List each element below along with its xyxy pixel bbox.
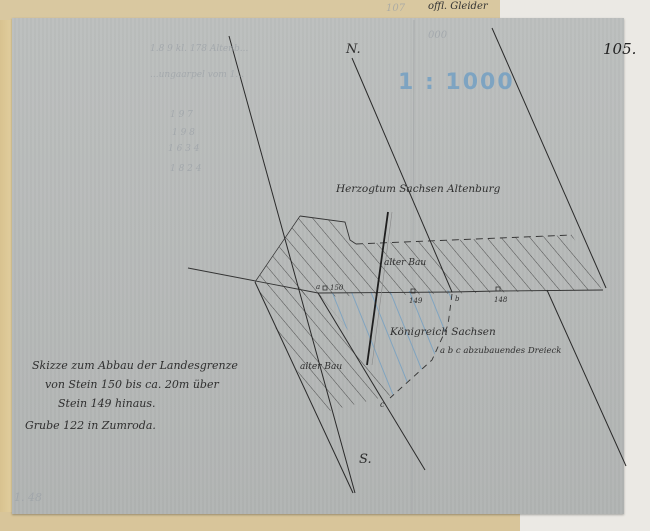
stone-149-label: 149	[409, 297, 422, 305]
scale-label: 1 : 1000	[398, 70, 515, 95]
survey-sketch-drawing	[0, 0, 650, 531]
pencil-note-3: 1 9 7	[170, 110, 193, 120]
old-workings-label-north: alter Bau	[384, 258, 426, 268]
south-label: S.	[359, 452, 372, 467]
old-workings-north	[255, 216, 602, 297]
scale-stamp-number: 000	[428, 30, 447, 41]
stone-148-label: 148	[494, 296, 507, 304]
pencil-note-2: ...ungaarpel vom 1...	[150, 70, 244, 80]
stone-150-label: 150	[330, 284, 343, 292]
old-workings-label-south: alter Bau	[300, 362, 342, 372]
north-label: N.	[346, 42, 361, 57]
point-b-label: b	[455, 295, 459, 303]
pencil-note-1: 1.8 9 kl. 178 Altenb...	[150, 44, 248, 54]
pencil-note-4: 1 9 8	[172, 128, 195, 138]
caption-line-3: Stein 149 hinaus.	[58, 394, 156, 413]
point-c-label: c	[380, 400, 384, 409]
territory-north-label: Herzogtum Sachsen Altenburg	[336, 183, 500, 195]
corner-note: 1. 48	[14, 491, 42, 504]
top-edge-note: offl. Gleider	[428, 1, 488, 12]
pencil-note-5: 1 6 3 4	[168, 144, 200, 154]
page-number: 105.	[603, 40, 636, 58]
top-faint-number: 107	[386, 3, 405, 14]
caption-line-4: Grube 122 in Zumroda.	[25, 416, 156, 435]
caption-line-2: von Stein 150 bis ca. 20m über	[45, 375, 219, 394]
territory-south-label: Königreich Sachsen	[390, 326, 496, 338]
triangle-label: a b c abzubauendes Dreieck	[440, 346, 561, 356]
pencil-note-6: 1 8 2 4	[170, 164, 202, 174]
caption-line-1: Skizze zum Abbau der Landesgrenze	[32, 356, 238, 375]
point-a-label: a	[316, 283, 320, 291]
